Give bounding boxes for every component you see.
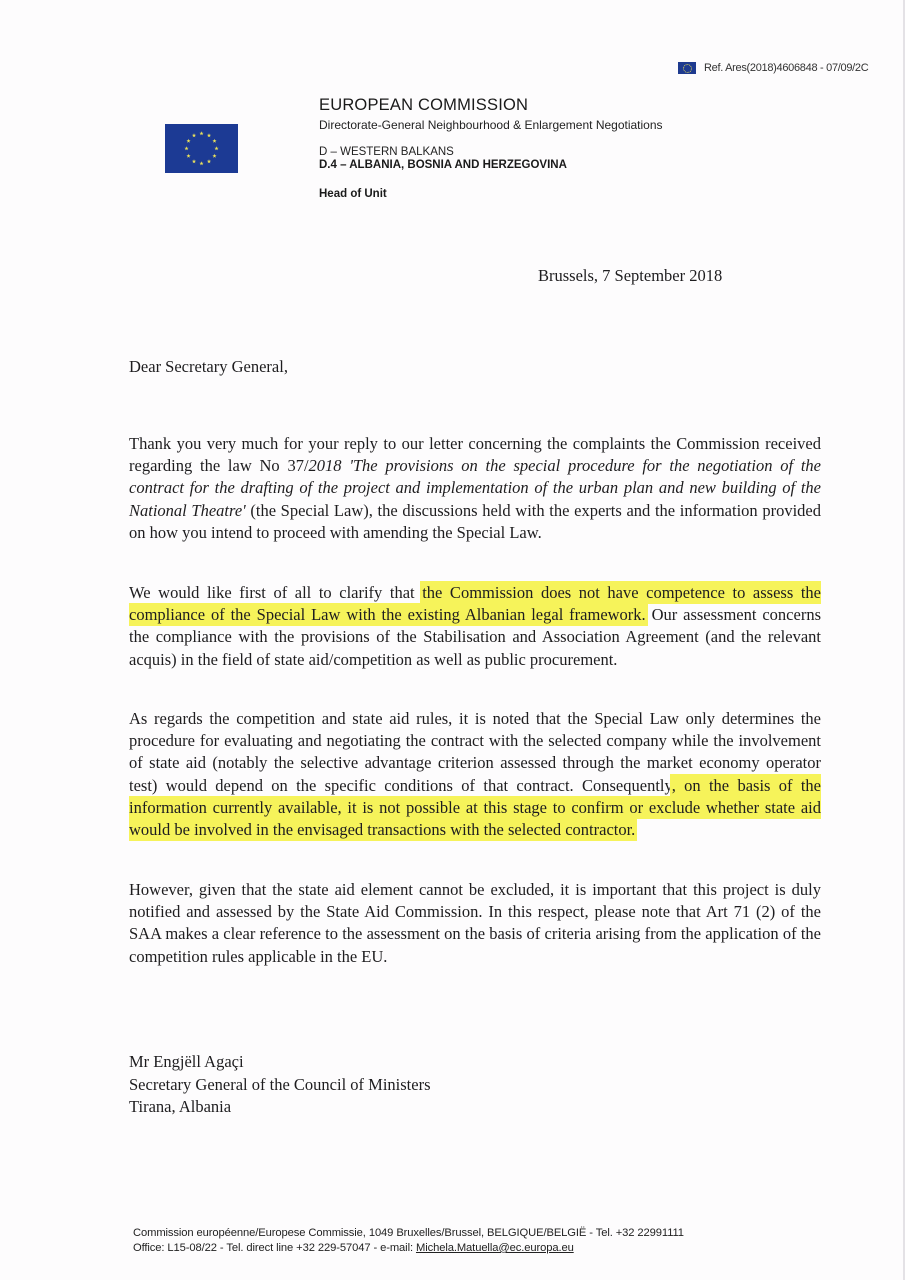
footer-contact: Office: L15-08/22 - Tel. direct line +32… bbox=[133, 1241, 684, 1256]
salutation: Dear Secretary General, bbox=[129, 357, 288, 377]
footer: Commission européenne/Europese Commissie… bbox=[133, 1226, 684, 1256]
paragraph-1: Thank you very much for your reply to ou… bbox=[129, 433, 821, 544]
organization-name: EUROPEAN COMMISSION bbox=[319, 96, 663, 115]
paragraph-text: We would like first of all to clarify th… bbox=[129, 583, 422, 602]
unit: D.4 – ALBANIA, BOSNIA AND HERZEGOVINA bbox=[319, 159, 663, 171]
directorate-general: Directorate-General Neighbourhood & Enla… bbox=[319, 118, 663, 132]
addressee-name: Mr Engjëll Agaçi bbox=[129, 1051, 431, 1074]
footer-office: Office: L15-08/22 - Tel. direct line +32… bbox=[133, 1242, 416, 1254]
paragraph-4: However, given that the state aid elemen… bbox=[129, 879, 821, 968]
eu-flag-icon bbox=[678, 62, 696, 74]
reference-stamp: Ref. Ares(2018)4606848 - 07/09/2C bbox=[678, 62, 868, 74]
reference-number: Ref. Ares(2018)4606848 - 07/09/2C bbox=[704, 62, 868, 74]
eu-flag-icon bbox=[165, 124, 238, 173]
addressee-location: Tirana, Albania bbox=[129, 1096, 431, 1119]
signatory-role: Head of Unit bbox=[319, 188, 663, 200]
email-link[interactable]: Michela.Matuella@ec.europa.eu bbox=[416, 1242, 574, 1254]
paragraph-2: We would like first of all to clarify th… bbox=[129, 582, 821, 671]
addressee-title: Secretary General of the Council of Mini… bbox=[129, 1074, 431, 1097]
letter-date: Brussels, 7 September 2018 bbox=[538, 266, 722, 286]
letterhead: EUROPEAN COMMISSION Directorate-General … bbox=[319, 96, 663, 200]
addressee-block: Mr Engjëll Agaçi Secretary General of th… bbox=[129, 1051, 431, 1119]
directorate: D – WESTERN BALKANS bbox=[319, 146, 663, 158]
footer-address: Commission européenne/Europese Commissie… bbox=[133, 1226, 684, 1241]
paragraph-3: As regards the competition and state aid… bbox=[129, 708, 821, 841]
